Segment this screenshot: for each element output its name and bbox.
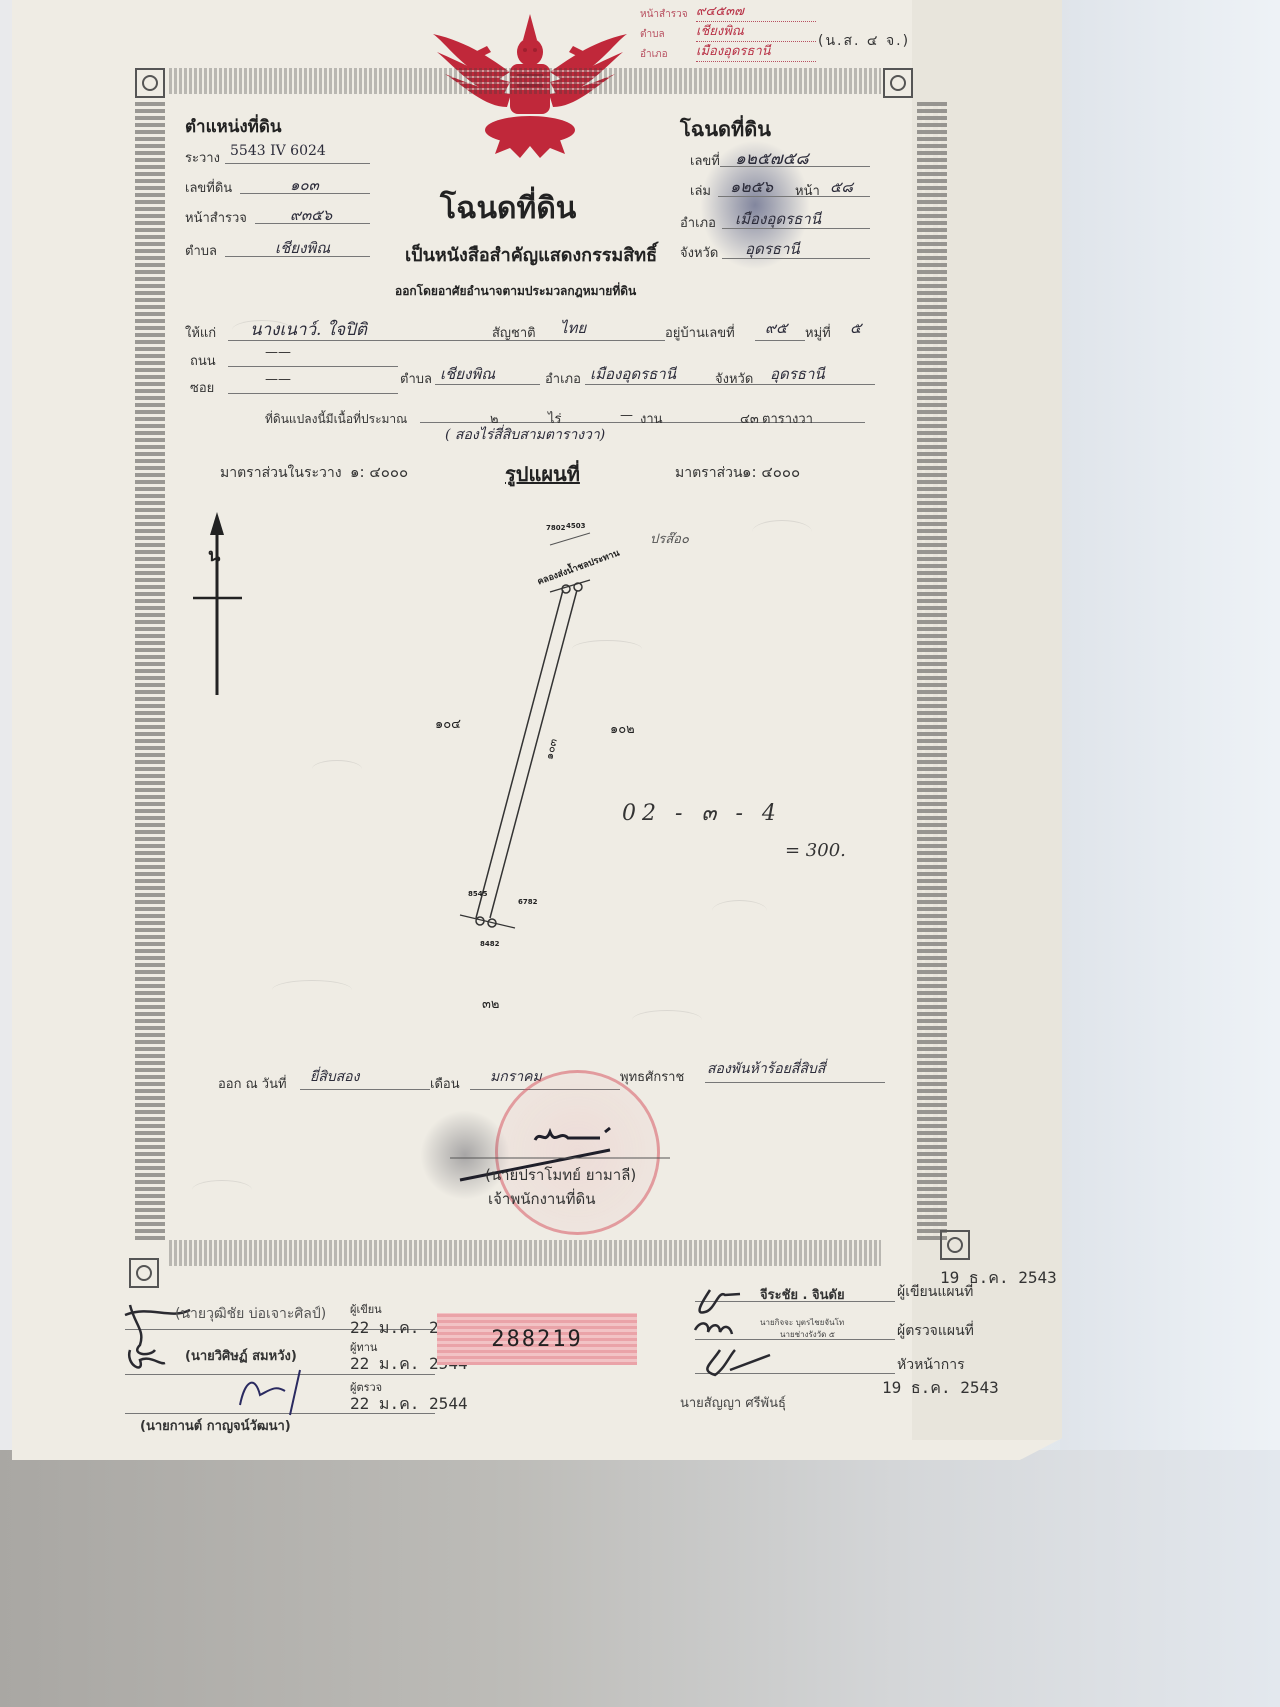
house-no-label: อยู่บ้านเลขที่ (665, 322, 735, 343)
owner-tambon-label: ตำบล (400, 368, 432, 389)
plot-right-number: ๑๐๒ (610, 718, 635, 739)
area-wa-label: ตารางวา (762, 408, 813, 429)
handwritten-map-note: ปรส๊อ๐ (650, 528, 689, 549)
soi-label: ซอย (190, 377, 214, 398)
page-value: ๕๘ (830, 175, 853, 199)
nationality-label: สัญชาติ (492, 322, 536, 343)
issue-month-label: เดือน (430, 1073, 460, 1094)
tambon-label: ตำบล (185, 240, 217, 261)
nationality-value: ไทย (560, 316, 586, 340)
road-label: ถนน (190, 350, 216, 371)
map-sheet-scale-value: ๑: ๔๐๐๐ (350, 460, 408, 484)
chief-role: หัวหน้าการ (897, 1354, 965, 1376)
map-writer-name: จีระชัย . จินดัย (760, 1284, 845, 1305)
deed-no-value: ๑๒๕๗๕๘ (735, 145, 809, 172)
top-marker-right: 4503 (566, 522, 585, 530)
handwritten-area-note: 02 - ๓ - 4 (622, 795, 782, 830)
map-sheet-scale-label: มาตราส่วนในระวาง (220, 462, 342, 484)
issued-on-label: ออก ณ วันที่ (218, 1073, 287, 1094)
parcel-no-label: เลขที่ดิน (185, 177, 232, 198)
document-title: โฉนดที่ดิน (440, 185, 576, 232)
map-inspector-position: นายช่างรังวัด ๕ (780, 1328, 835, 1341)
moo-value: ๕ (850, 316, 861, 340)
red-header-label: ตำบล (640, 27, 696, 42)
inspector-date: 22 ม.ค. 2544 (350, 1392, 468, 1417)
red-header-value: เชียงพิณ (696, 20, 816, 42)
owner-amphoe-label: อำเภอ (545, 368, 581, 389)
map-writer-date: 19 ธ.ค. 2543 (940, 1266, 1057, 1291)
soi-value: —— (265, 372, 291, 387)
issued-by-text: ออกโดยอาศัยอำนาจตามประมวลกฎหมายที่ดิน (395, 282, 636, 301)
inspector-name: (นายกานต์ กาญจน์วัฒนา) (140, 1415, 291, 1436)
owner-tambon-value: เชียงพิณ (440, 362, 495, 386)
sheet-value: 5543 IV 6024 (230, 143, 326, 159)
corner-ornament-icon (940, 1230, 970, 1260)
red-header-label: อำเภอ (640, 47, 696, 62)
province-value: อุดรธานี (745, 237, 800, 261)
parcel-no-value: ๑๐๓ (290, 173, 319, 197)
sheet-label: ระวาง (185, 147, 220, 168)
writer-name: (นายวุฒิชัย บ่อเจาะศิลป์) (175, 1303, 326, 1325)
owner-to-label: ให้แก่ (185, 322, 216, 343)
survey-page-label: หน้าสำรวจ (185, 207, 247, 228)
amphoe-label: อำเภอ (680, 212, 716, 233)
north-label: น (208, 540, 220, 569)
red-survey-header: หน้าสำรวจ๙๔๕๓๗ ตำบลเชียงพิณ อำเภอเมืองอุ… (640, 2, 960, 68)
bottom-marker-left: 8545 (468, 890, 487, 898)
issue-day: ยี่สิบสอง (310, 1066, 359, 1088)
plot-bottom-number: ๓๒ (482, 993, 499, 1014)
road-value: —— (265, 345, 291, 360)
volume-value: ๑๒๕๖ (730, 175, 773, 200)
province-label: จังหวัด (680, 242, 718, 263)
plan-scale-label: มาตราส่วน (675, 462, 743, 484)
moo-label: หมู่ที่ (805, 322, 831, 343)
area-in-words: ( สองไร่สี่สิบสามตารางวา) (445, 424, 605, 446)
issue-year-label: พุทธศักราช (620, 1066, 684, 1087)
handwritten-calc-note: = 300. (785, 840, 846, 861)
corner-ornament-icon (129, 1258, 159, 1288)
top-marker-left: 7802 (546, 524, 565, 532)
serial-number-stamp: 288219 (437, 1313, 637, 1365)
tambon-value: เชียงพิณ (275, 236, 330, 260)
red-header-value: ๙๔๕๓๗ (696, 0, 816, 22)
house-no-value: ๙๕ (765, 316, 787, 340)
owner-amphoe-value: เมืองอุดรธานี (590, 362, 676, 386)
corner-ornament-icon (883, 68, 913, 98)
deed-no-label: เลขที่ (690, 150, 720, 171)
plot-left-number: ๑๐๔ (435, 713, 461, 734)
land-location-heading: ตำแหน่งที่ดิน (185, 113, 282, 140)
owner-province-value: อุดรธานี (770, 362, 825, 386)
area-wa-value: ๔๓ (740, 408, 759, 429)
owner-name: นางเนาว์. ใจปิติ (250, 316, 367, 343)
bottom-marker-right: 6782 (518, 898, 537, 906)
amphoe-value: เมืองอุดรธานี (735, 207, 821, 231)
table-surface-bottom (0, 1450, 1280, 1707)
chief-date: 19 ธ.ค. 2543 (882, 1376, 999, 1401)
volume-label: เล่ม (690, 180, 711, 201)
reviewer-name: (นายวิศิษฏ์ สมหวัง) (185, 1345, 297, 1366)
map-inspector-role: ผู้ตรวจแผนที่ (897, 1320, 974, 1342)
officer-name: (นายปราโมทย์ ยามาลี) (485, 1163, 636, 1187)
survey-page-value: ๙๓๕๖ (290, 203, 332, 227)
area-intro: ที่ดินแปลงนี้มีเนื้อที่ประมาณ (265, 410, 407, 429)
plan-scale-value: ๑: ๔๐๐๐ (742, 460, 800, 484)
page-label: หน้า (795, 180, 820, 201)
red-header-value: เมืองอุดรธานี (696, 40, 816, 62)
document-subtitle: เป็นหนังสือสำคัญแสดงกรรมสิทธิ์ (405, 240, 657, 269)
red-header-label: หน้าสำรวจ (640, 7, 696, 22)
area-ngan-value: — (620, 408, 633, 423)
corner-ornament-icon (135, 68, 165, 98)
deed-info-heading: โฉนดที่ดิน (680, 113, 771, 145)
issue-year: สองพันห้าร้อยสี่สิบสี่ (707, 1058, 825, 1080)
officer-title: เจ้าพนักงานที่ดิน (488, 1187, 595, 1211)
chief-name: นายสัญญา ศรีพันธุ์ (680, 1392, 786, 1413)
owner-province-label: จังหวัด (715, 368, 753, 389)
area-ngan-label: งาน (640, 408, 663, 429)
form-code: (น.ส. ๔ จ.) (818, 30, 910, 52)
bottom-marker-below: 8482 (480, 940, 499, 948)
plan-heading: รูปแผนที่ (505, 458, 580, 490)
